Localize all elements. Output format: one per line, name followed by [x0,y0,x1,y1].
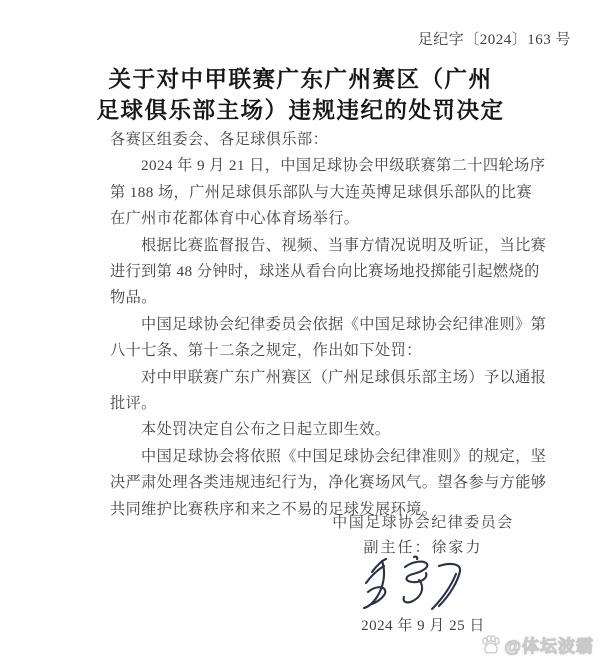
body-line: 对中甲联赛广东广州赛区（广州足球俱乐部主场）予以通报 [110,365,550,391]
body-line: 物品。 [110,285,550,311]
watermark: @体坛波霸 [480,632,594,657]
body-line: 进行到第 48 分钟时，球迷从看台向比赛场地投掷能引起燃烧的 [110,259,550,285]
body-line: 中国足球协会将依照《中国足球协会纪律准则》的规定，坚 [110,444,550,470]
document-body: 各赛区组委会、各足球俱乐部： 2024 年 9 月 21 日，中国足球协会甲级联… [110,127,550,523]
watermark-text: @体坛波霸 [504,632,594,657]
body-line: 本处罚决定自公布之日起立即生效。 [110,417,550,443]
document-title-line-1: 关于对中甲联赛广东广州赛区（广州 [0,64,601,95]
signoff-organization: 中国足球协会纪律委员会 [323,511,523,532]
document-title: 关于对中甲联赛广东广州赛区（广州 足球俱乐部主场）违规违纪的处罚决定 [0,64,601,126]
salutation: 各赛区组委会、各足球俱乐部： [110,127,550,153]
signature-ink-icon [355,550,479,618]
document-number: 足纪字〔2024〕163 号 [418,28,571,49]
body-line: 中国足球协会纪律委员会依据《中国足球协会纪律准则》第 [110,312,550,338]
body-line: 第 188 场，广州足球俱乐部队与大连英博足球俱乐部队的比赛 [110,180,550,206]
official-notice-document: 足纪字〔2024〕163 号 关于对中甲联赛广东广州赛区（广州 足球俱乐部主场）… [0,0,601,661]
document-title-line-2: 足球俱乐部主场）违规违纪的处罚决定 [0,95,601,126]
body-line: 批评。 [110,391,550,417]
body-line: 八十七条、第十二条之规定，作出如下处罚： [110,338,550,364]
body-line: 根据比赛监督报告、视频、当事方情况说明及听证，当比赛 [110,233,550,259]
body-line: 在广州市花都体育中心体育场举行。 [110,206,550,232]
body-line: 决严肃处理各类违规违纪行为，净化赛场风气。望各参与方能够 [110,470,550,496]
paw-icon [480,635,502,655]
handwritten-signature [355,550,479,618]
body-line: 2024 年 9 月 21 日，中国足球协会甲级联赛第二十四轮场序 [110,153,550,179]
